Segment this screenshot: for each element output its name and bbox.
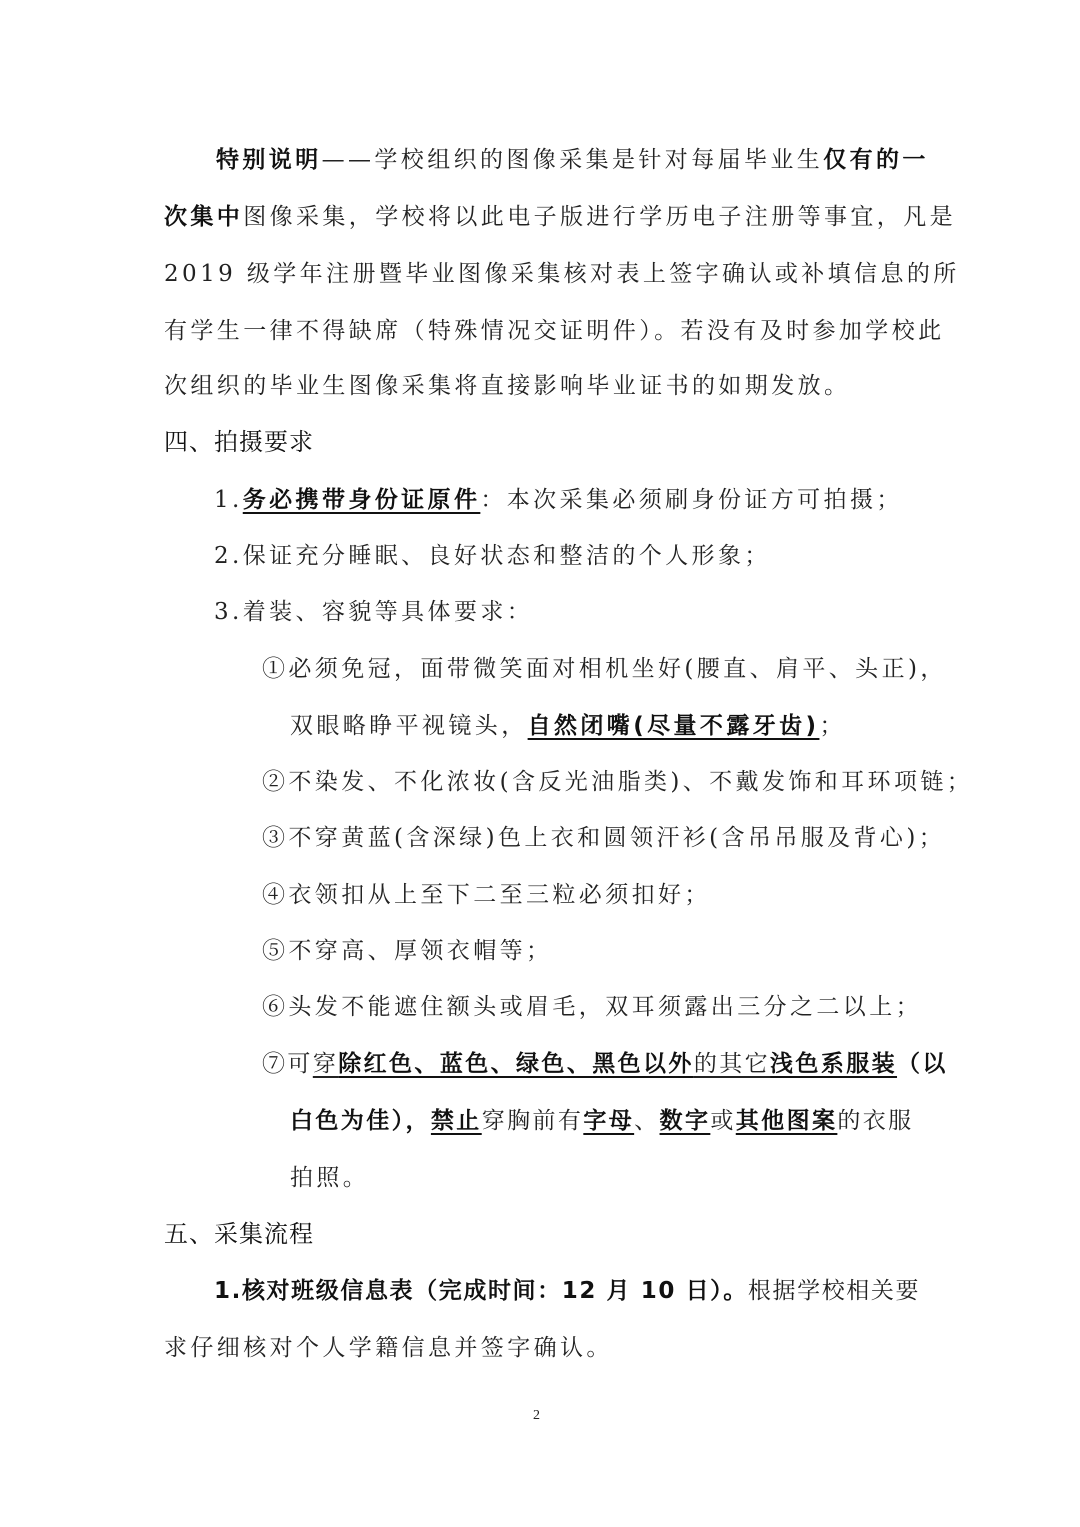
section-4-heading: 四、拍摄要求	[164, 426, 314, 458]
requirement-7-line-2: 白色为佳），禁止穿胸前有字母、数字或其他图案的衣服	[290, 1105, 914, 1137]
special-note-line-1: 特别说明——学校组织的图像采集是针对每届毕业生仅有的一	[216, 144, 929, 176]
section-4-item-2: 2.保证充分睡眠、良好状态和整洁的个人形象；	[214, 540, 771, 572]
special-note-line-2: 次集中图像采集，学校将以此电子版进行学历电子注册等事宜，凡是	[164, 201, 956, 233]
requirement-1-line-2: 双眼略睁平视镜头，自然闭嘴(尽量不露牙齿)；	[290, 710, 846, 742]
section-5-item-1-line-2: 求仔细核对个人学籍信息并签字确认。	[164, 1332, 613, 1364]
requirement-4: ④衣领扣从上至下二至三粒必须扣好；	[262, 879, 711, 911]
requirement-7-line-3: 拍照。	[290, 1162, 369, 1194]
requirement-2: ②不染发、不化浓妆(含反光油脂类)、不戴发饰和耳环项链；	[262, 766, 973, 798]
requirement-5: ⑤不穿高、厚领衣帽等；	[262, 935, 552, 967]
requirement-1-line-1: ①必须免冠，面带微笑面对相机坐好(腰直、肩平、头正)，	[262, 653, 947, 685]
section-5-item-1-line-1: 1.核对班级信息表（完成时间：12 月 10 日）。根据学校相关要	[214, 1275, 920, 1307]
requirement-6: ⑥头发不能遮住额头或眉毛，双耳须露出三分之二以上；	[262, 991, 922, 1023]
requirement-7-line-1: ⑦可穿除红色、蓝色、绿色、黑色以外的其它浅色系服装（以	[262, 1048, 948, 1080]
special-note-label: 特别说明	[216, 147, 322, 173]
document-page: 特别说明——学校组织的图像采集是针对每届毕业生仅有的一 次集中图像采集，学校将以…	[0, 0, 1080, 1527]
section-4-item-1: 1.务必携带身份证原件：本次采集必须刷身份证方可拍摄；	[214, 484, 903, 516]
special-note-line-4: 有学生一律不得缺席（特殊情况交证明件）。若没有及时参加学校此	[164, 315, 945, 347]
requirement-3: ③不穿黄蓝(含深绿)色上衣和圆领汗衫(含吊吊服及背心)；	[262, 822, 945, 854]
special-note-line-3: 2019 级学年注册暨毕业图像采集核对表上签字确认或补填信息的所	[164, 258, 960, 290]
section-4-item-3: 3.着装、容貌等具体要求：	[214, 596, 533, 628]
special-note-line-5: 次组织的毕业生图像采集将直接影响毕业证书的如期发放。	[164, 370, 850, 402]
section-5-heading: 五、采集流程	[164, 1218, 314, 1250]
page-number: 2	[533, 1408, 540, 1424]
